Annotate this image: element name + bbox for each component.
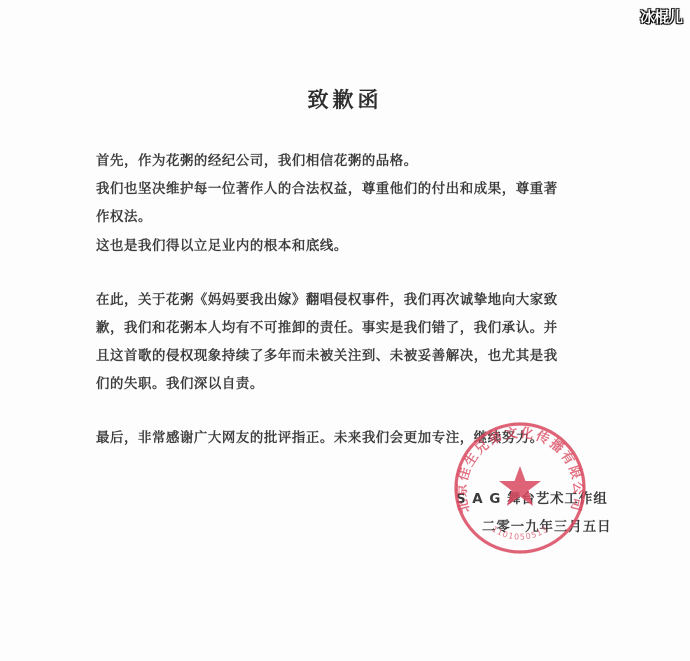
text-line: 作权法。 — [96, 206, 152, 225]
document-title: 致歉函 — [0, 84, 690, 114]
text-line: 歉，我们和花粥本人均有不可推卸的责任。事实是我们错了，我们承认。并 — [96, 317, 558, 336]
text-line: 们的失职。我们深以自责。 — [96, 373, 264, 392]
text-line: 这也是我们得以立足业内的根本和底线。 — [96, 235, 348, 254]
star-icon — [499, 466, 541, 506]
company-seal-stamp: 北京佳生兄弟文化传播有限公司 1101050513 — [452, 420, 588, 556]
svg-text:1101050513: 1101050513 — [490, 525, 550, 542]
text-line: 我们也坚决维护每一位著作人的合法权益，尊重他们的付出和成果，尊重著 — [96, 178, 558, 197]
text-line: 在此，关于花粥《妈妈要我出嫁》翻唱侵权事件，我们再次诚挚地向大家致 — [96, 289, 558, 308]
watermark: 冰棍儿 — [640, 6, 682, 27]
document-page: 冰棍儿 致歉函 首先，作为花粥的经纪公司，我们相信花粥的品格。 我们也坚决维护每… — [0, 0, 690, 661]
text-line: 且这首歌的侵权现象持续了多年而未被关注到、未被妥善解决，也尤其是我 — [96, 345, 558, 364]
text-line: 首先，作为花粥的经纪公司，我们相信花粥的品格。 — [96, 150, 418, 169]
